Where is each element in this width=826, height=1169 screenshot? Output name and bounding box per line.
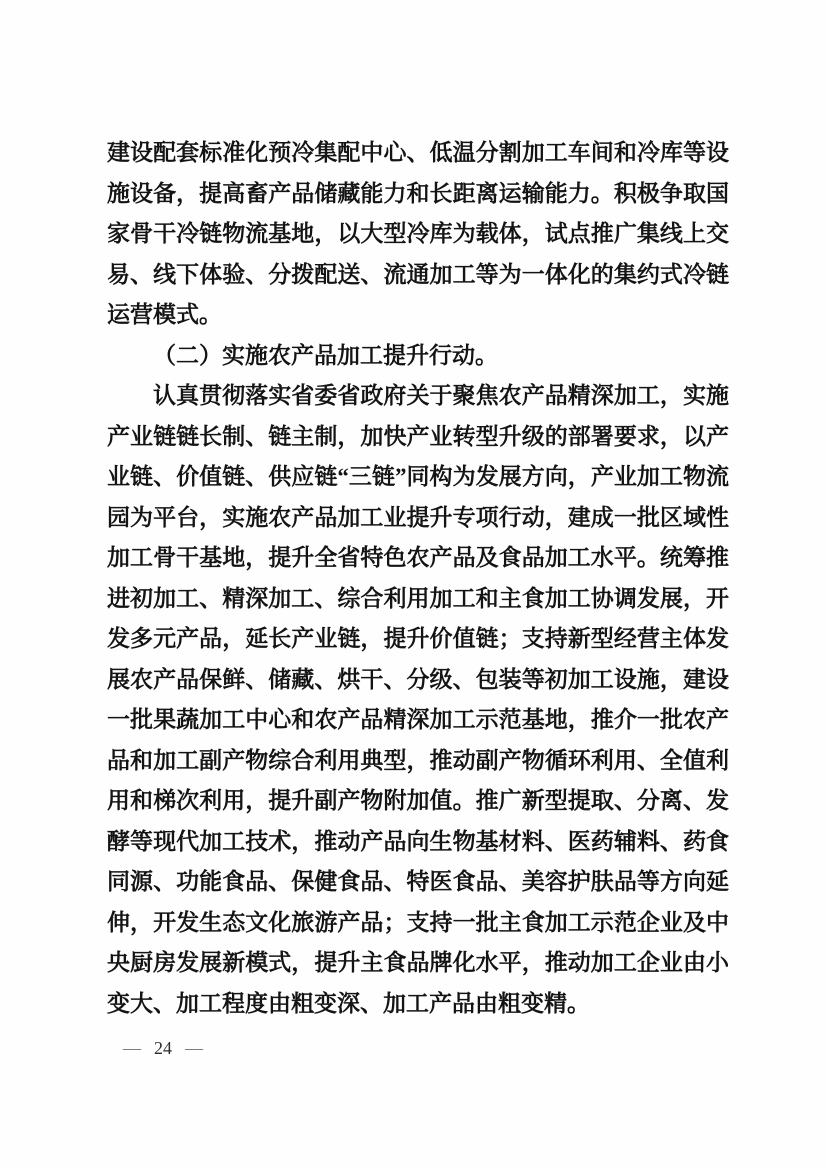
page-number: 24 [154,1038,172,1059]
footer-dash-right: — [185,1038,203,1059]
document-body: 建设配套标准化预冷集配中心、低温分割加工车间和冷库等设施设备，提高畜产品储藏能力… [107,133,729,1024]
paragraph-body: 认真贯彻落实省委省政府关于聚焦农产品精深加工，实施产业链链长制、链主制，加快产业… [107,376,729,1024]
footer-dash-left: — [123,1038,141,1059]
paragraph-continuation: 建设配套标准化预冷集配中心、低温分割加工车间和冷库等设施设备，提高畜产品储藏能力… [107,133,729,336]
page-footer: — 24 — [123,1038,203,1059]
section-heading: （二）实施农产品加工提升行动。 [107,336,729,377]
document-page: 建设配套标准化预冷集配中心、低温分割加工车间和冷库等设施设备，提高畜产品储藏能力… [0,0,826,1169]
